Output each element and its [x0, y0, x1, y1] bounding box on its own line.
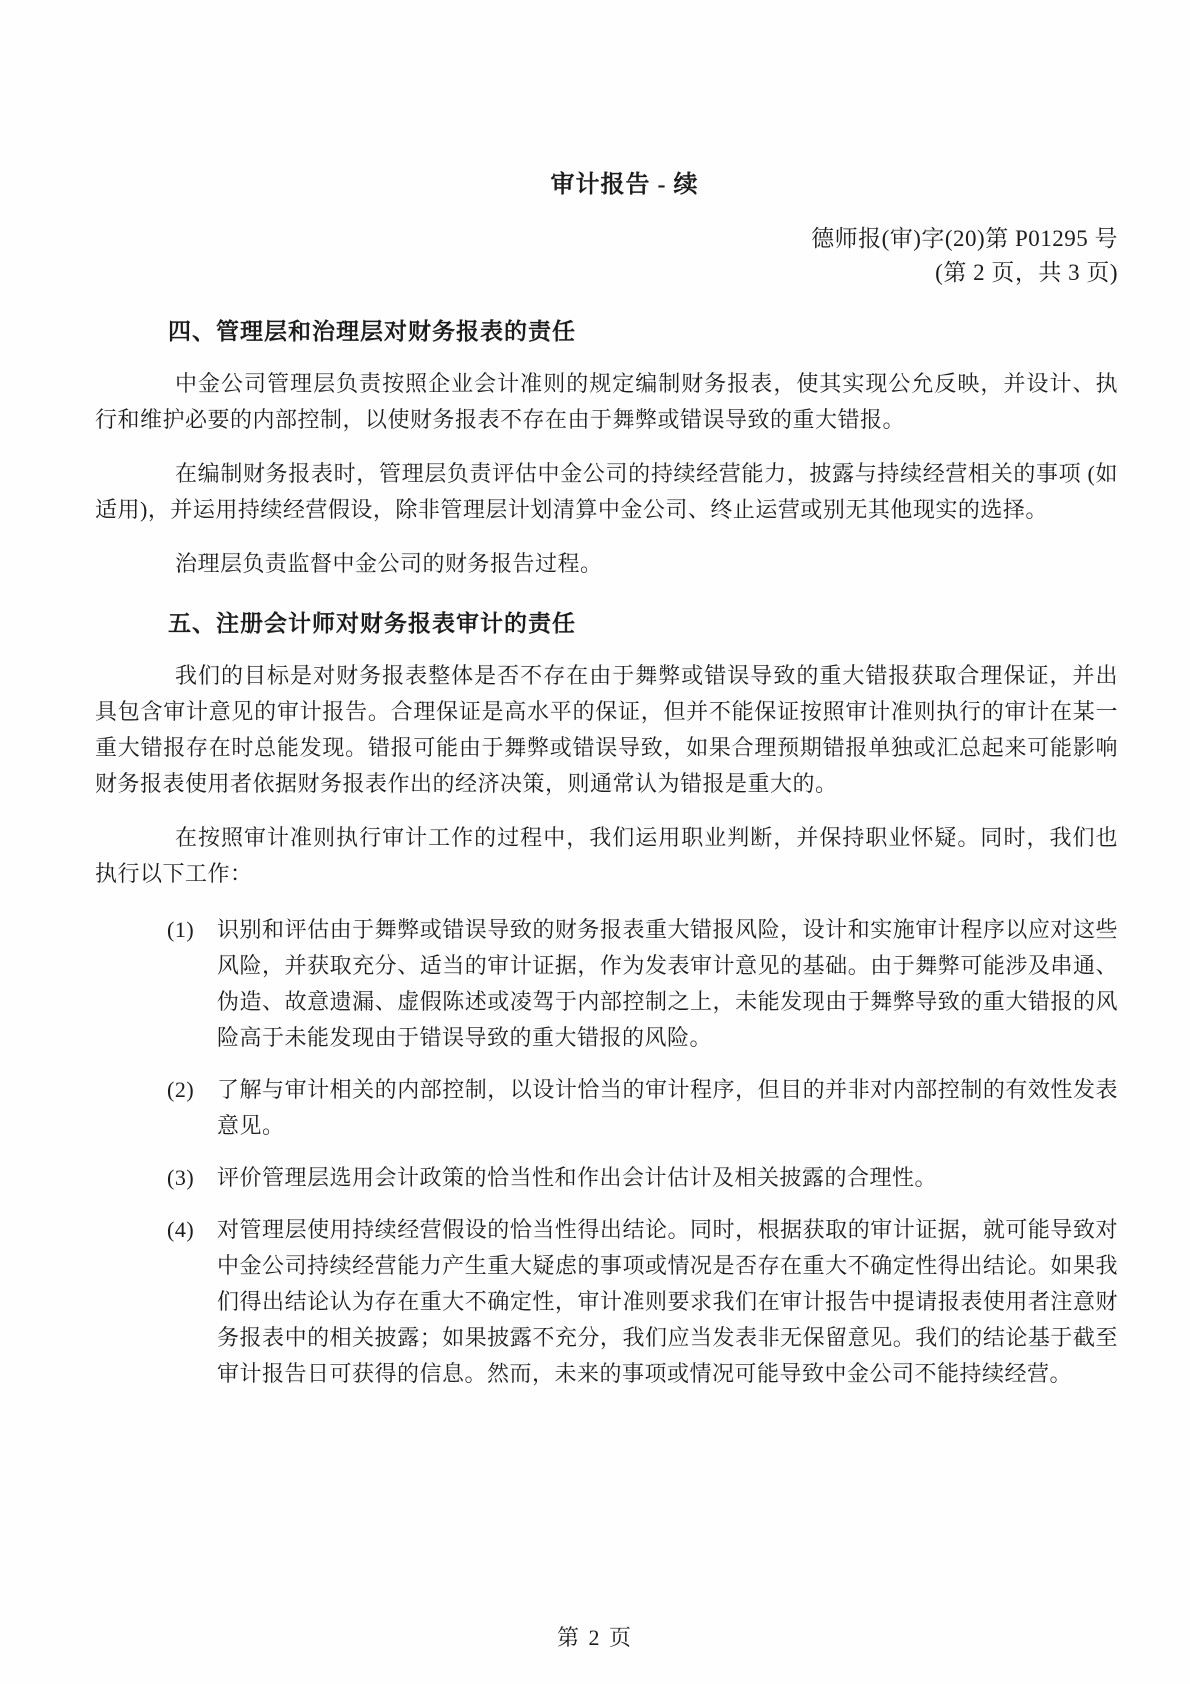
- section-auditor-responsibility: 五、注册会计师对财务报表审计的责任 我们的目标是对财务报表整体是否不存在由于舞弊…: [95, 608, 1118, 1392]
- paragraph-professional-judgment: 在按照审计准则执行审计工作的过程中，我们运用职业判断，并保持职业怀疑。同时，我们…: [95, 820, 1118, 892]
- audit-work-list: (1) 识别和评估由于舞弊或错误导致的财务报表重大错报风险，设计和实施审计程序以…: [95, 912, 1118, 1392]
- list-item-4: (4) 对管理层使用持续经营假设的恰当性得出结论。同时，根据获取的审计证据，就可…: [95, 1212, 1118, 1392]
- list-item-3-text: 评价管理层选用会计政策的恰当性和作出会计估计及相关披露的合理性。: [217, 1160, 1118, 1196]
- list-item-1-marker: (1): [167, 912, 217, 948]
- list-item-2-text: 了解与审计相关的内部控制，以设计恰当的审计程序，但目的并非对内部控制的有效性发表…: [217, 1072, 1118, 1144]
- list-item-3: (3) 评价管理层选用会计政策的恰当性和作出会计估计及相关披露的合理性。: [95, 1160, 1118, 1196]
- paragraph-management-prepare-statements: 中金公司管理层负责按照企业会计准则的规定编制财务报表，使其实现公允反映，并设计、…: [95, 366, 1118, 438]
- list-item-2-marker: (2): [167, 1072, 217, 1108]
- page-number-footer: 第 2 页: [0, 1621, 1190, 1652]
- list-item-4-text: 对管理层使用持续经营假设的恰当性得出结论。同时，根据获取的审计证据，就可能导致对…: [217, 1212, 1118, 1392]
- document-page-info: (第 2 页，共 3 页): [95, 256, 1118, 290]
- section-heading-5: 五、注册会计师对财务报表审计的责任: [95, 608, 1118, 640]
- list-item-2: (2) 了解与审计相关的内部控制，以设计恰当的审计程序，但目的并非对内部控制的有…: [95, 1072, 1118, 1144]
- list-item-1: (1) 识别和评估由于舞弊或错误导致的财务报表重大错报风险，设计和实施审计程序以…: [95, 912, 1118, 1056]
- paragraph-audit-objective: 我们的目标是对财务报表整体是否不存在由于舞弊或错误导致的重大错报获取合理保证，并…: [95, 658, 1118, 802]
- paragraph-going-concern-assessment: 在编制财务报表时，管理层负责评估中金公司的持续经营能力，披露与持续经营相关的事项…: [95, 456, 1118, 528]
- list-item-1-text: 识别和评估由于舞弊或错误导致的财务报表重大错报风险，设计和实施审计程序以应对这些…: [217, 912, 1118, 1056]
- document-reference-number: 德师报(审)字(20)第 P01295 号: [95, 222, 1118, 256]
- list-item-3-marker: (3): [167, 1160, 217, 1196]
- section-heading-4: 四、管理层和治理层对财务报表的责任: [95, 316, 1118, 348]
- document-reference-block: 德师报(审)字(20)第 P01295 号 (第 2 页，共 3 页): [95, 222, 1118, 290]
- list-item-4-marker: (4): [167, 1212, 217, 1248]
- paragraph-governance-oversight: 治理层负责监督中金公司的财务报告过程。: [95, 546, 1118, 582]
- document-title: 审计报告 - 续: [95, 170, 1118, 200]
- audit-report-document-page: 审计报告 - 续 德师报(审)字(20)第 P01295 号 (第 2 页，共 …: [0, 0, 1190, 1684]
- section-management-responsibility: 四、管理层和治理层对财务报表的责任 中金公司管理层负责按照企业会计准则的规定编制…: [95, 316, 1118, 582]
